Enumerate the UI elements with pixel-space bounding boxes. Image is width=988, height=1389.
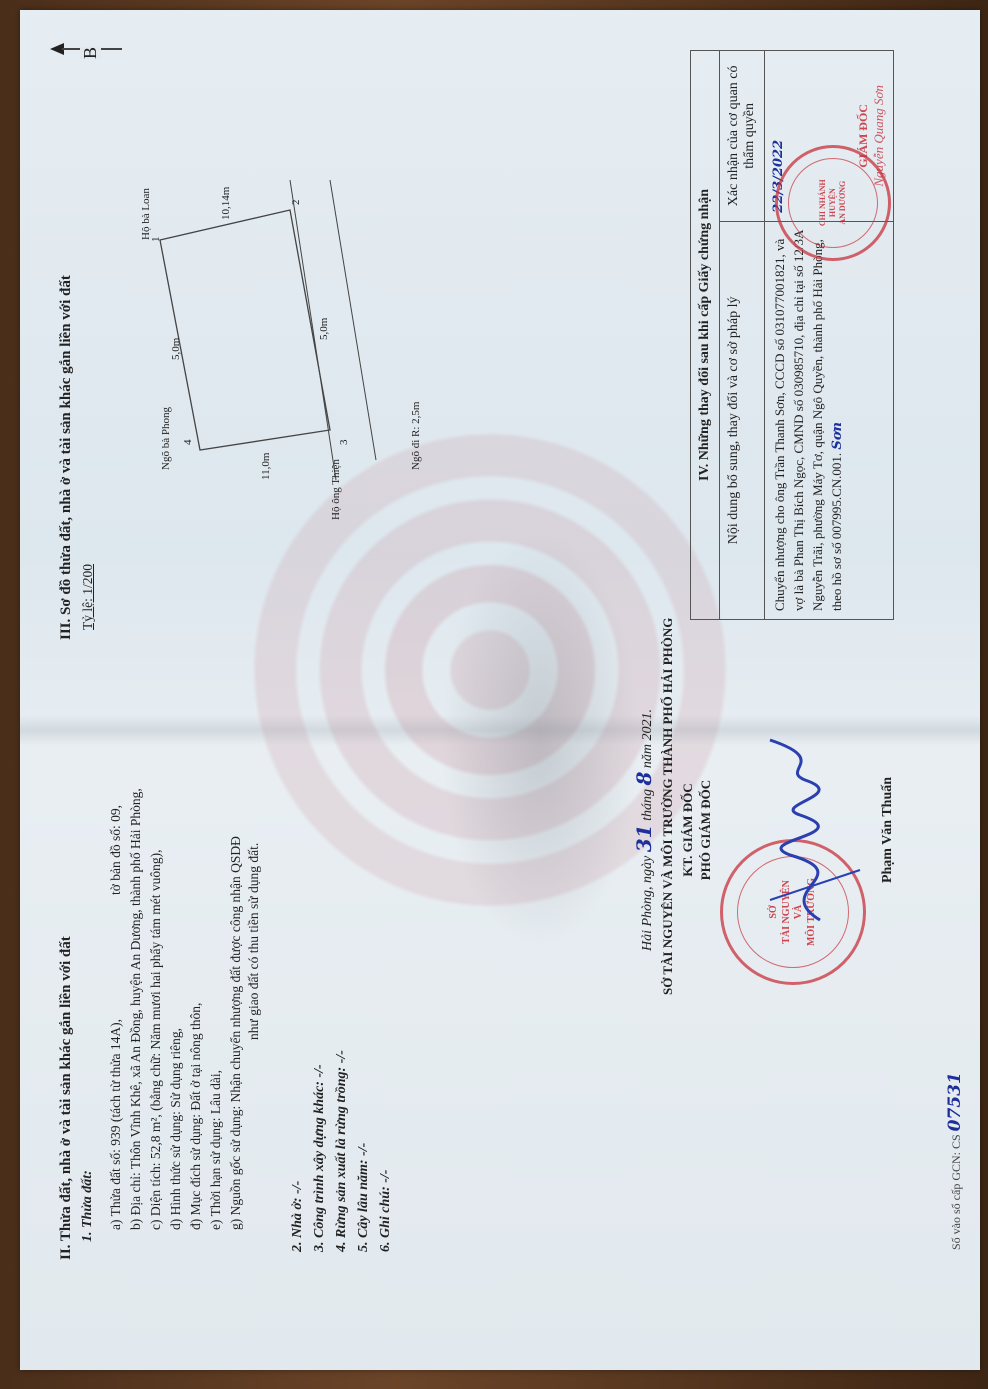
- point-label: 3: [338, 440, 350, 446]
- plot-diagram: [100, 120, 400, 540]
- neighbor-right: Hộ bà Loan: [140, 188, 152, 240]
- neighbor-bottom: Ngõ đi R: 2,5m: [410, 402, 422, 470]
- change-content: Chuyển nhượng cho ông Trần Thanh Sơn, CC…: [772, 230, 844, 611]
- forest-item: 4. Rừng sản xuất là rừng trồng: -/-: [334, 1050, 350, 1252]
- map-sheet: tờ bản đồ số: 09,: [108, 805, 124, 895]
- point-label: 1: [150, 237, 162, 243]
- section-ii-title: II. Thửa đất, nhà ở và tài sản khác gắn …: [58, 936, 75, 1260]
- date-month-word: tháng: [640, 789, 655, 821]
- changes-table: IV. Những thay đổi sau khi cấp Giấy chứn…: [690, 50, 894, 620]
- issuing-agency: SỞ TÀI NGUYÊN VÀ MÔI TRƯỜNG THÀNH PHỐ HẢ…: [660, 665, 676, 995]
- perennial-item: 5. Cây lâu năm: -/-: [356, 1143, 372, 1252]
- date-month: 8: [632, 772, 656, 786]
- change-content-cell: Chuyển nhượng cho ông Trần Thanh Sơn, CC…: [765, 221, 894, 619]
- stamp-line: CHI NHÁNH: [818, 179, 828, 226]
- signer-role-1: KT. GIÁM ĐỐC: [680, 740, 696, 920]
- table-row: Chuyển nhượng cho ông Trần Thanh Sơn, CC…: [765, 51, 894, 620]
- land-line: e) Thời hạn sử dụng: Lâu dài,: [208, 1070, 224, 1230]
- other-works-item: 3. Công trình xây dựng khác: -/-: [312, 1064, 328, 1252]
- land-line: g) Nguồn gốc sử dụng: Nhận chuyển nhượng…: [228, 836, 244, 1230]
- date-prefix: Hải Phòng, ngày: [640, 856, 655, 951]
- neighbor-top: Ngõ bà Phong: [160, 407, 172, 470]
- signature: [710, 730, 880, 930]
- land-line: d) Hình thức sử dụng: Sử dụng riêng,: [168, 1028, 184, 1230]
- section-iii-iv-page: III. Sơ đồ thửa đất, nhà ở và tài sản kh…: [20, 10, 980, 660]
- land-line: a) Thửa đất số: 939 (tách từ thửa 14A),: [108, 1019, 124, 1230]
- signing-date: Hải Phòng, ngày 31 tháng 8 năm 2021.: [632, 660, 656, 1000]
- edge-4-1: 5,0m: [170, 338, 182, 360]
- house-item: 2. Nhà ở: -/-: [290, 1181, 306, 1252]
- section-ii-page: II. Thửa đất, nhà ở và tài sản khác gắn …: [20, 670, 980, 1370]
- edge-1-2: 10,14m: [220, 187, 232, 220]
- register-label: Số vào sổ cấp GCN: CS: [949, 1134, 963, 1250]
- column-header: Nội dung bổ sung, thay đổi và cơ sở pháp…: [720, 221, 765, 619]
- land-line: đ) Mục đích sử dụng: Đất ở tại nông thôn…: [188, 1003, 204, 1230]
- scale: Tỷ lệ: 1/200: [80, 564, 96, 630]
- stamp-line: HUYỆN: [828, 188, 838, 217]
- section-iv-title: IV. Những thay đổi sau khi cấp Giấy chứn…: [691, 51, 720, 620]
- register-value: 07531: [945, 1072, 965, 1131]
- column-header: Xác nhận của cơ quan có thẩm quyền: [720, 51, 765, 222]
- register-number: Số vào sổ cấp GCN: CS 07531: [945, 1072, 965, 1250]
- date-day: 31: [632, 824, 656, 852]
- land-line: c) Diện tích: 52,8 m², (bằng chữ: Năm mư…: [148, 850, 164, 1231]
- neighbor-left: Hộ ông Thiện: [330, 459, 342, 520]
- north-label: B: [80, 47, 101, 59]
- section-iii-title: III. Sơ đồ thửa đất, nhà ở và tài sản kh…: [58, 275, 75, 640]
- land-line: b) Địa chỉ: Thôn Vĩnh Khê, xã An Đồng, h…: [128, 788, 144, 1230]
- signer-name: Phạm Văn Thuấn: [880, 750, 896, 910]
- confirmation-cell: 22/3/2022 CHI NHÁNH HUYỆN AN DƯƠNG GIÁM …: [765, 51, 894, 222]
- point-label: 4: [182, 440, 194, 446]
- notes-item: 6. Ghi chú: -/-: [378, 1170, 394, 1252]
- handwritten-note: Sơn: [830, 422, 845, 450]
- date-year: năm 2021.: [640, 709, 655, 768]
- land-line: như giao đất có thu tiền sử dụng đất.: [246, 843, 262, 1040]
- stamp-line: AN DƯƠNG: [838, 181, 848, 225]
- edge-3-4: 11,0m: [260, 453, 272, 480]
- rotated-page: II. Thửa đất, nhà ở và tài sản khác gắn …: [20, 10, 980, 1370]
- edge-2-3: 5,0m: [318, 318, 330, 340]
- point-label: 2: [290, 200, 302, 206]
- branch-stamp: CHI NHÁNH HUYỆN AN DƯƠNG: [775, 145, 891, 261]
- land-heading: 1. Thửa đất:: [80, 1170, 96, 1242]
